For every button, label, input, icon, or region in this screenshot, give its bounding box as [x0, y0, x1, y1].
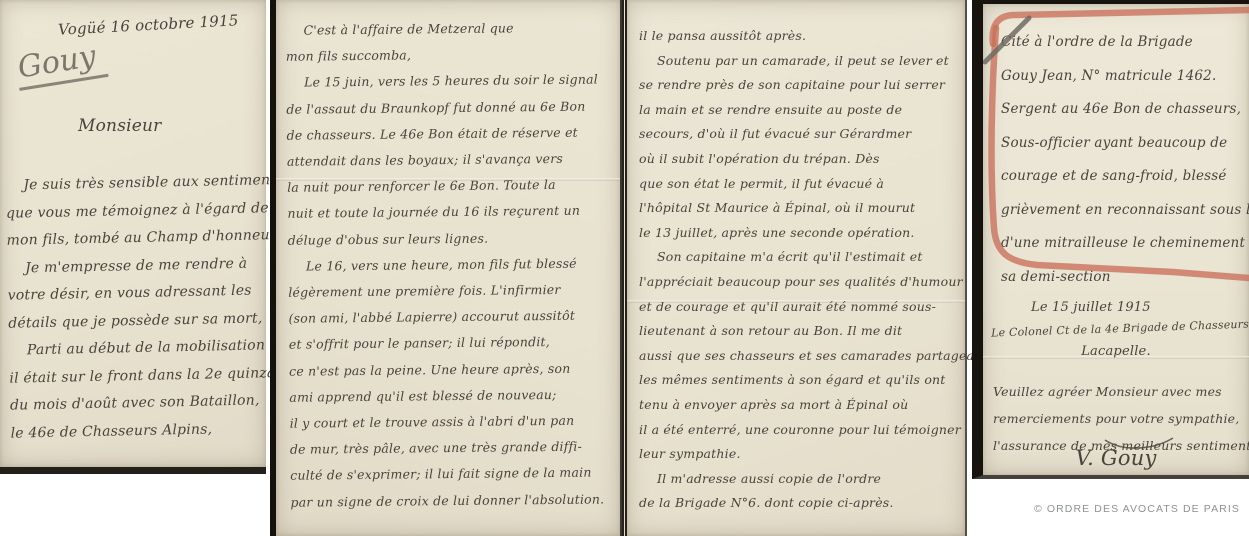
handwritten-line: il y court et le trouve assis à l'abri d… — [290, 407, 622, 437]
handwritten-line: de mur, très pâle, avec une très grande … — [290, 434, 622, 464]
handwritten-line: Gouy Jean, N° matricule 1462. — [1001, 60, 1249, 94]
letter-page-3: il le pansa aussitôt après. Soutenu par … — [622, 0, 967, 536]
handwritten-line: remerciements pour votre sympathie, — [993, 405, 1249, 432]
handwritten-line: ami apprend qu'il est blessé de nouveau; — [289, 381, 621, 411]
handwritten-line: il le pansa aussitôt après. — [639, 24, 965, 49]
handwritten-line: mon fils succomba, — [286, 40, 618, 70]
handwritten-line: d'une mitrailleuse le cheminement de — [1001, 227, 1249, 261]
handwritten-line: de chasseurs. Le 46e Bon était de réserv… — [286, 119, 618, 149]
handwritten-line: se rendre près de son capitaine pour lui… — [639, 73, 965, 98]
handwritten-line: la main et se rendre ensuite au poste de — [639, 98, 965, 123]
letter-date: Vogüé 16 octobre 1915 — [58, 11, 239, 38]
handwritten-line: il a été enterré, une couronne pour lui … — [639, 418, 965, 443]
handwritten-line: et s'offrit pour le panser; il lui répon… — [289, 329, 621, 359]
handwritten-line: Cité à l'ordre de la Brigade — [1001, 26, 1249, 60]
handwritten-line: par un signe de croix de lui donner l'ab… — [290, 486, 622, 516]
handwritten-line: le 13 juillet, après une seconde opérati… — [639, 221, 965, 246]
letter-page-2: C'est à l'affaire de Metzeral que mon fi… — [270, 0, 622, 536]
officer-name: Lacapelle. — [983, 344, 1249, 359]
handwritten-line: culté de s'exprimer; il lui fait signe d… — [290, 460, 622, 490]
handwritten-line: nuit et toute la journée du 16 ils reçur… — [287, 198, 619, 228]
letter-page-1: Vogüé 16 octobre 1915 Gouy Monsieur Je s… — [0, 0, 266, 474]
document-scan-montage: Vogüé 16 octobre 1915 Gouy Monsieur Je s… — [0, 0, 1249, 536]
copyright-notice: © ORDRE DES AVOCATS DE PARIS — [1034, 503, 1240, 515]
handwritten-line: déluge d'obus sur leurs lignes. — [288, 224, 620, 254]
handwritten-line: Le 16, vers une heure, mon fils fut bles… — [288, 250, 620, 280]
handwritten-line: l'appréciait beaucoup pour ses qualités … — [639, 270, 965, 295]
handwritten-line: tenu à envoyer après sa mort à Épinal où — [639, 393, 965, 418]
page-1-body: Je suis très sensible aux sentiments que… — [5, 167, 269, 447]
handwritten-line: leur sympathie. — [639, 442, 965, 467]
handwritten-line: (son ami, l'abbé Lapierre) accourut auss… — [288, 302, 620, 332]
handwritten-line: sa demi-section — [1001, 261, 1249, 295]
page-3-body: il le pansa aussitôt après. Soutenu par … — [639, 24, 965, 516]
handwritten-line: grièvement en reconnaissant sous le feu — [1001, 194, 1249, 228]
handwritten-line: du mois d'août avec son Bataillon, — [10, 387, 269, 420]
salutation: Monsieur — [78, 116, 162, 136]
handwritten-line: les mêmes sentiments à son égard et qu'i… — [639, 368, 965, 393]
handwritten-line: Sergent au 46e Bon de chasseurs, — [1001, 93, 1249, 127]
handwritten-line: Le 15 juin, vers les 5 heures du soir le… — [286, 67, 618, 97]
handwritten-line: la nuit pour renforcer le 6e Bon. Toute … — [287, 171, 619, 201]
citation-block: Cité à l'ordre de la Brigade Gouy Jean, … — [1001, 26, 1249, 294]
handwritten-line: attendait dans les boyaux; il s'avança v… — [287, 145, 619, 175]
handwritten-line: Il m'adresse aussi copie de l'ordre — [639, 467, 965, 492]
officer-title-line: Le Colonel Ct de la 4e Brigade de Chasse… — [991, 317, 1249, 339]
letter-page-4-citation: Cité à l'ordre de la Brigade Gouy Jean, … — [972, 0, 1249, 479]
handwritten-line: de l'assaut du Braunkopf fut donné au 6e… — [286, 93, 618, 123]
handwritten-line: que son état le permit, il fut évacué à — [639, 172, 965, 197]
citation-date: Le 15 juillet 1915 — [1031, 300, 1151, 315]
handwritten-line: aussi que ses chasseurs et ses camarades… — [639, 344, 965, 369]
handwritten-line: le 46e de Chasseurs Alpins, — [10, 415, 269, 448]
handwritten-line: secours, d'où il fut évacué sur Gérardme… — [639, 122, 965, 147]
page-2-body: C'est à l'affaire de Metzeral que mon fi… — [285, 14, 622, 515]
handwritten-line: courage et de sang-froid, blessé — [1001, 160, 1249, 194]
handwritten-line: et de courage et qu'il aurait été nommé … — [639, 295, 965, 320]
signature: V. Gouy — [983, 446, 1249, 470]
handwritten-line: l'hôpital St Maurice à Épinal, où il mou… — [639, 196, 965, 221]
handwritten-line: ce n'est pas la peine. Une heure après, … — [289, 355, 621, 385]
handwritten-line: C'est à l'affaire de Metzeral que — [285, 14, 617, 44]
handwritten-line: Veuillez agréer Monsieur avec mes — [993, 378, 1249, 405]
handwritten-line: Son capitaine m'a écrit qu'il l'estimait… — [639, 245, 965, 270]
handwritten-line: lieutenant à son retour au Bon. Il me di… — [639, 319, 965, 344]
handwritten-line: Sous-officier ayant beaucoup de — [1001, 127, 1249, 161]
handwritten-line: Soutenu par un camarade, il peut se leve… — [639, 49, 965, 74]
handwritten-line: de la Brigade N°6. dont copie ci-après. — [639, 491, 965, 516]
handwritten-line: où il subit l'opération du trépan. Dès — [639, 147, 965, 172]
handwritten-line: légèrement une première fois. L'infirmie… — [288, 276, 620, 306]
pencil-annotation-gouy: Gouy — [13, 37, 108, 91]
